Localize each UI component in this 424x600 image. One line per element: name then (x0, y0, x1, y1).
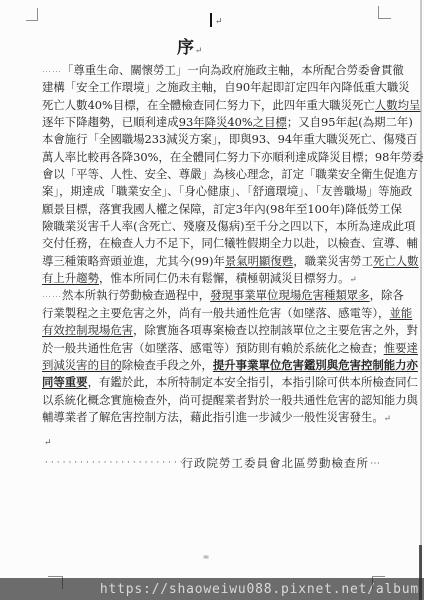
text-segment: 「尊重生命、關懷勞工」一向為政府施政主軸，本所配合勞委會貫徹 (62, 63, 404, 77)
page-title: 序↵ (0, 33, 380, 58)
text-segment: 逐年下降趨勢，已順利達成 (42, 115, 179, 129)
text-segment: ，職業災害勞工 (293, 254, 373, 268)
text-segment: 本會施行「全國職場233減災方案」，即與93、94年重大職災死亡、傷殘百 (42, 132, 417, 146)
text-boundary-corner-top-left-icon (26, 8, 38, 21)
text-segment: 除檢查手段之外， (122, 358, 213, 372)
text-segment: ；又自95年起(為期二年) (287, 115, 413, 129)
text-segment: 發現事業單位現場危害種類眾多 (210, 288, 369, 302)
body-line: 險職業災害千人率(含死亡、殘廢及傷病)至千分之四以下，本所為達成此項 (42, 218, 380, 235)
watermark-bar: https://shaoweiwu088.pixnet.net/album (0, 578, 424, 600)
body-line: 導三種策略齊頭並進，尤其今(99)年景氣明顯復甦，職業災害勞工死亡人數 (42, 253, 380, 270)
body-line: 有效控制現場危害，除實施各項專案檢查以控制該單位之主要危害之外，對 (42, 322, 380, 339)
text-segment: 並能 (389, 306, 412, 320)
text-segment: ，惟本所同仁仍未有鬆懈，積極朝減災目標努力。 (99, 271, 350, 285)
text-segment: 以系統化概念實施檢查外，尚可提醒業者對於一般共通性危害的認知能力與 (42, 393, 418, 407)
body-line: 同等重要，有鑑於此，本所特制定本安全指引，本指引除可供本所檢查同仁 (42, 374, 380, 391)
dot-leader: ······································ (45, 458, 182, 468)
body-line: 以系統化概念實施檢查外，尚可提醒業者對於一般共通性危害的認知能力與 (42, 392, 380, 409)
signature-name: 行政院勞工委員會北區勞動檢查所 (182, 455, 370, 471)
text-segment: 輔導業者了解危害控制方法，藉此指引進一步減少一般性災害發生。 (42, 410, 384, 424)
text-cursor (210, 13, 212, 27)
scan-smudge (203, 555, 209, 559)
text-segment: 死亡人數40%目標，在全體檢查同仁努力下，此四年重大職災死亡 (42, 98, 375, 112)
text-segment: 同等重要 (42, 375, 88, 389)
body-line: 本會施行「全國職場233減災方案」，即與93、94年重大職災死亡、傷殘百 (42, 131, 380, 148)
text-segment: 景氣明顯復甦 (225, 254, 293, 268)
text-segment: 交付任務，在檢查人力不足下，同仁犧牲假期全力以赴，以檢查、宣導、輔 (42, 236, 418, 250)
text-segment: 行業製程之主要危害之外，尚有一般共通性危害（如墜落、感電等）， (42, 306, 389, 320)
text-segment: 有上升趨勢 (42, 271, 99, 285)
text-segment: 案」，期達成「職業安全」、「身心健康」、「舒適環境」、「友善職場」等施政 (42, 184, 412, 198)
body-line: 到減災害的目的除檢查手段之外，提升事業單位危害鑑別與危害控制能力亦 (42, 357, 380, 374)
document-page[interactable]: ↵ 序↵ ⋯⋯「尊重生命、關懷勞工」一向為政府施政主軸，本所配合勞委會貫徹建構「… (0, 0, 424, 600)
body-line: 交付任務，在檢查人力不足下，同仁犧牲假期全力以赴，以檢查、宣導、輔 (42, 235, 380, 252)
indent-mark: ⋯⋯ (42, 292, 62, 302)
paragraph-mark: ↵ (384, 414, 391, 424)
body-line: ⋯⋯「尊重生命、關懷勞工」一向為政府施政主軸，本所配合勞委會貫徹 (42, 62, 380, 79)
paragraph-mark: ↵ (195, 46, 203, 56)
page-right-edge (420, 0, 422, 600)
text-boundary-corner-bottom-right-icon (372, 576, 385, 589)
paragraph-mark: ↵ (350, 275, 357, 285)
text-segment: 願景目標，落實我國人權之保障，訂定3年內(98年至100年)降低勞工保 (42, 202, 402, 216)
text-segment: ，有鑑於此，本所特制定本安全指引，本指引除可供本所檢查同仁 (88, 375, 418, 389)
text-segment: 死亡人數 (373, 254, 419, 268)
text-segment: 到減災害的目的 (42, 358, 122, 372)
text-segment: 然本所執行勞動檢查過程中， (62, 288, 210, 302)
body-line: 有上升趨勢，惟本所同仁仍未有鬆懈，積極朝減災目標努力。↵ (42, 270, 380, 287)
body-line: 於一般共通性危害（如墜落、感電等）預防則有賴於系統化之檢查；惟要達 (42, 340, 380, 357)
text-segment: 提升事業單位危害鑑別與危害控制能力亦 (213, 358, 418, 372)
indent-mark: ⋯⋯ (42, 67, 62, 77)
page-title-text: 序 (177, 38, 195, 58)
body-line: 建構「安全工作環境」之施政主軸，自90年起即訂定四年內降低重大職災 (42, 79, 380, 96)
signature-line: ······································ 行… (45, 455, 380, 471)
text-boundary-corner-bottom-left-icon (48, 576, 63, 589)
text-segment: 人數均呈 (375, 98, 421, 112)
text-segment: 93年降災40%之目標 (179, 115, 287, 129)
body-line: 死亡人數40%目標，在全體檢查同仁努力下，此四年重大職災死亡人數均呈 (42, 97, 380, 114)
body-line: 萬人率比較再各降30%，在全體同仁努力下亦順利達成降災目標；98年勞委 (42, 149, 380, 166)
text-segment: 險職業災害千人率(含死亡、殘廢及傷病)至千分之四以下，本所為達成此項 (42, 219, 415, 233)
text-segment: 萬人率比較再各降30%，在全體同仁努力下亦順利達成降災目標；98年勞委 (42, 150, 424, 164)
text-segment: 於一般共通性危害（如墜落、感電等）預防則有賴於系統化之檢查； (42, 341, 384, 355)
body-line: 願景目標，落實我國人權之保障，訂定3年內(98年至100年)降低勞工保 (42, 201, 380, 218)
text-boundary-corner-top-right-icon (378, 6, 391, 19)
body-line: 會以「平等、人性、安全、尊嚴」為核心理念，訂定「職業安全衛生促進方 (42, 166, 380, 183)
body-line: 行業製程之主要危害之外，尚有一般共通性危害（如墜落、感電等），並能 (42, 305, 380, 322)
body-line: 案」，期達成「職業安全」、「身心健康」、「舒適環境」、「友善職場」等施政 (42, 183, 380, 200)
body-line: ⋯⋯然本所執行勞動檢查過程中，發現事業單位現場危害種類眾多，除各 (42, 287, 380, 304)
text-segment: 有效控制現場危害 (42, 323, 133, 337)
text-segment: ，除實施各項專案檢查以控制該單位之主要危害之外，對 (133, 323, 418, 337)
document-body[interactable]: ⋯⋯「尊重生命、關懷勞工」一向為政府施政主軸，本所配合勞委會貫徹建構「安全工作環… (42, 62, 380, 426)
paragraph-mark: ↵ (44, 438, 52, 448)
text-segment: 惟要達 (384, 341, 418, 355)
signature-trailing-mark: ⋯ (370, 458, 380, 469)
text-segment: 建構「安全工作環境」之施政主軸，自90年起即訂定四年內降低重大職災 (42, 80, 410, 94)
paragraph-mark: ↵ (215, 17, 223, 27)
body-line: 逐年下降趨勢，已順利達成93年降災40%之目標；又自95年起(為期二年) (42, 114, 380, 131)
page-right-edge-shadow (419, 545, 422, 600)
text-segment: ，除各 (370, 288, 404, 302)
body-line: 輔導業者了解危害控制方法，藉此指引進一步減少一般性災害發生。↵ (42, 409, 380, 426)
text-segment: 會以「平等、人性、安全、尊嚴」為核心理念，訂定「職業安全衛生促進方 (42, 167, 418, 181)
text-segment: 導三種策略齊頭並進，尤其今(99)年 (42, 254, 225, 268)
